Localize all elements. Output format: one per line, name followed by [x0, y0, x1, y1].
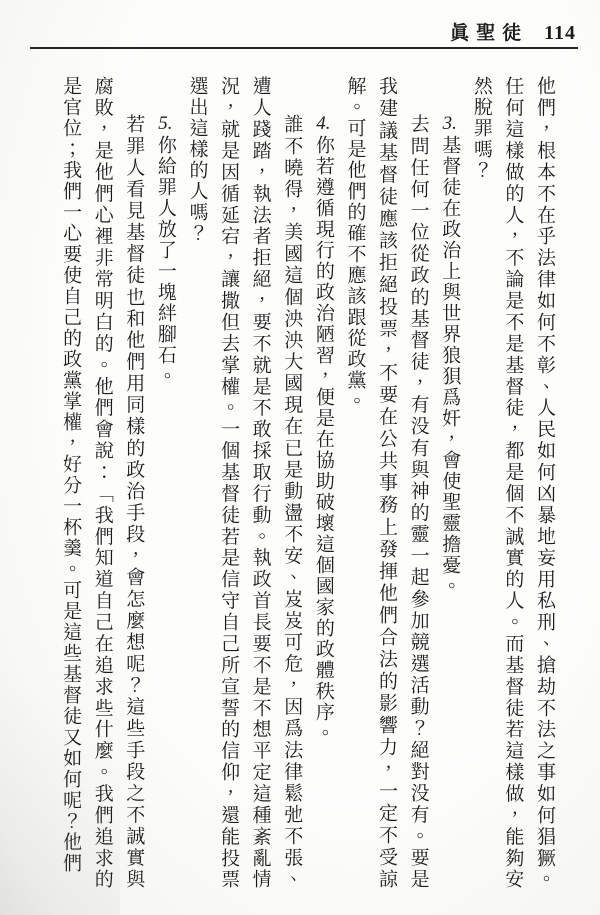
header-divider [30, 47, 578, 49]
paragraph: 4.你若遵循現行的政治陋習，便是在協助破壞這個國家的政體秩序。 [307, 76, 339, 890]
item-number: 5. [155, 114, 176, 135]
paragraph: 他們，根本不在乎法律如何不彰、人民如何凶暴地妄用私刑、搶劫不法之事如何猖獗。任何… [465, 76, 560, 890]
paragraph: 3.基督徒在政治上與世界狼狽爲奸，會使聖靈擔憂。 [434, 76, 466, 890]
page-header: 眞聖徒 114 [450, 18, 576, 45]
paragraph: 去問任何一位從政的基督徒，有没有與神的靈一起參加競選活動？絕對没有。要是我建議基… [339, 76, 434, 890]
book-title: 眞聖徒 [450, 18, 528, 45]
paragraph: 若罪人看見基督徒也和他們用同樣的政治手段，會怎麼想呢？這些手段之不誠實與腐敗，是… [55, 76, 150, 890]
text-body: 他們，根本不在乎法律如何不彰、人民如何凶暴地妄用私刑、搶劫不法之事如何猖獗。任何… [46, 76, 560, 890]
paragraph: 5.你給罪人放了一塊絆腳石。 [149, 76, 181, 890]
paragraph: 誰不曉得，美國這個泱泱大國現在已是動盪不安、岌岌可危，因爲法律鬆弛不張、遭人踐踏… [181, 76, 307, 890]
item-number: 3. [439, 114, 460, 135]
page-number: 114 [544, 22, 576, 45]
book-page: 眞聖徒 114 他們，根本不在乎法律如何不彰、人民如何凶暴地妄用私刑、搶劫不法之… [0, 0, 600, 915]
item-number: 4. [313, 114, 334, 135]
